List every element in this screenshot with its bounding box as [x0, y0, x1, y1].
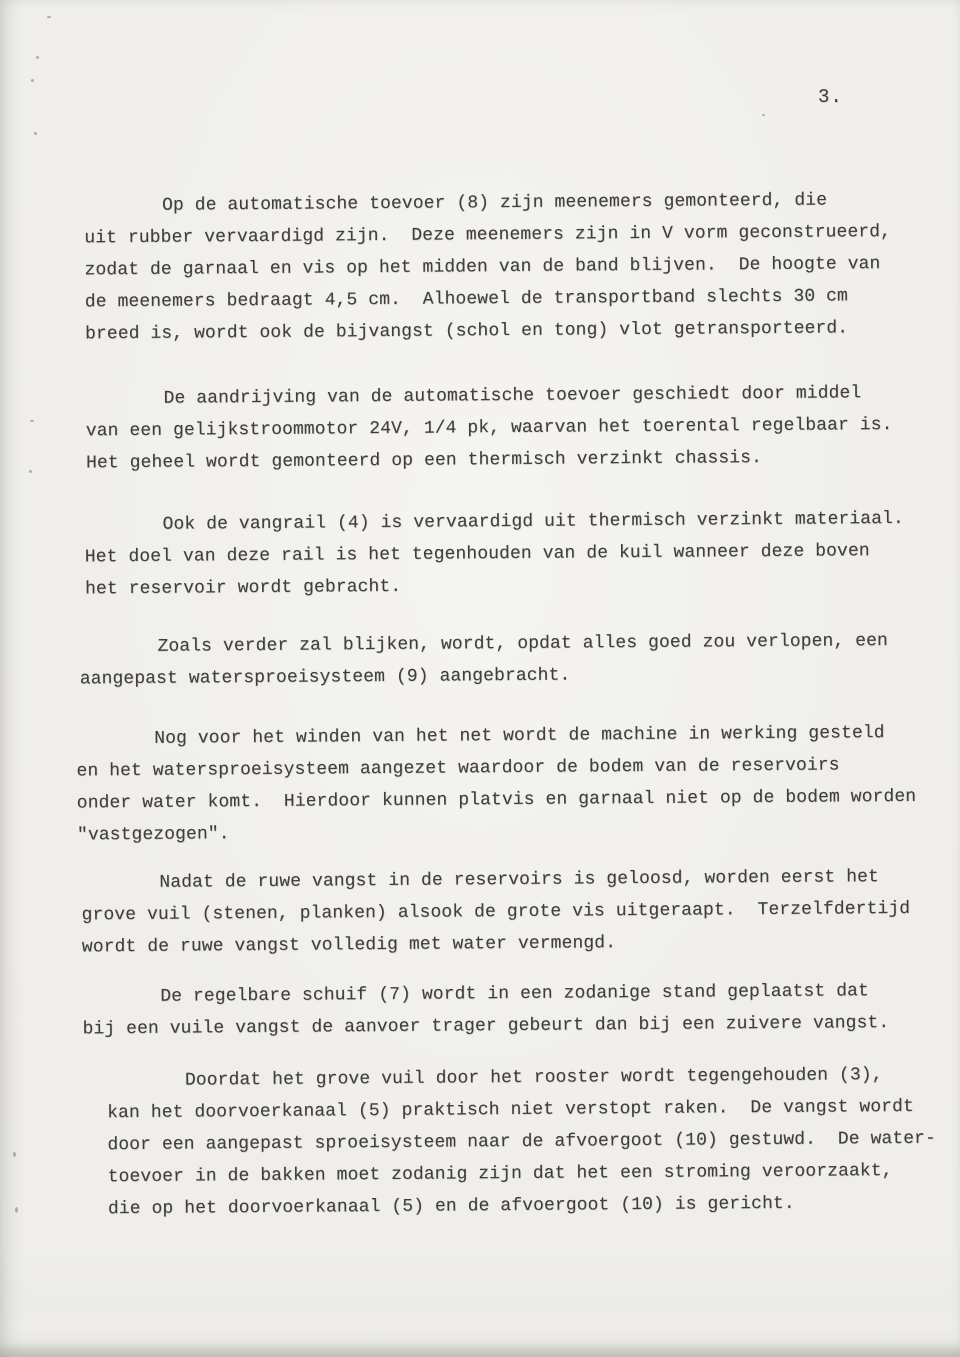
scan-speckle — [13, 1152, 16, 1157]
text-line: bij een vuile vangst de aanvoer trager g… — [82, 1007, 946, 1046]
text-line: aangepast watersproeisysteem (9) aangebr… — [80, 657, 944, 696]
paragraph: Ook de vangrail (4) is vervaardigd uit t… — [84, 503, 943, 606]
text-line: onder water komt. Hierdoor kunnen platvi… — [77, 781, 945, 820]
text-line: grove vuil (stenen, planken) alsook de g… — [82, 893, 946, 932]
text-line: van een gelijkstroommotor 24V, 1/4 pk, w… — [86, 409, 942, 448]
paragraph: Nog voor het winden van het net wordt de… — [76, 717, 945, 852]
paragraph: De aandrijving van de automatische toevo… — [85, 377, 942, 480]
scan-speckle — [31, 79, 34, 82]
paragraph: Nadat de ruwe vangst in de reservoirs is… — [81, 861, 946, 964]
text-line: Zoals verder zal blijken, wordt, opdat a… — [79, 625, 943, 664]
text-line: wordt de ruwe vangst volledig met water … — [82, 925, 946, 964]
text-line: toevoer in de bakken moet zodanig zijn d… — [108, 1155, 948, 1194]
scan-speckle — [30, 420, 34, 422]
scan-speckle — [34, 132, 37, 135]
page-bottom-edge — [0, 1344, 960, 1357]
document-body: Op de automatische toevoer (8) zijn meen… — [84, 184, 948, 1226]
scanned-page: 3. Op de automatische toevoer (8) zijn m… — [0, 0, 960, 1357]
text-line: Het geheel wordt gemonteerd op een therm… — [86, 441, 942, 480]
paragraph: De regelbare schuif (7) wordt in een zod… — [82, 975, 946, 1046]
paragraph: Zoals verder zal blijken, wordt, opdat a… — [79, 625, 943, 696]
text-line: Het doel van deze rail is het tegenhoude… — [85, 535, 943, 574]
scan-speckle — [47, 16, 51, 18]
scan-speckle — [36, 56, 39, 59]
page-number: 3. — [818, 86, 843, 108]
paragraph: Op de automatische toevoer (8) zijn meen… — [84, 184, 941, 351]
text-line: breed is, wordt ook de bijvangst (schol … — [85, 312, 941, 351]
scan-speckle — [762, 114, 765, 116]
text-line: die op het doorvoerkanaal (5) en de afvo… — [108, 1187, 948, 1226]
scan-speckle — [15, 1207, 18, 1213]
text-line: het reservoir wordt gebracht. — [85, 567, 943, 606]
paragraph: Doordat het grove vuil door het rooster … — [107, 1059, 948, 1226]
scan-speckle — [29, 470, 32, 473]
text-line: "vastgezogen". — [77, 813, 945, 852]
